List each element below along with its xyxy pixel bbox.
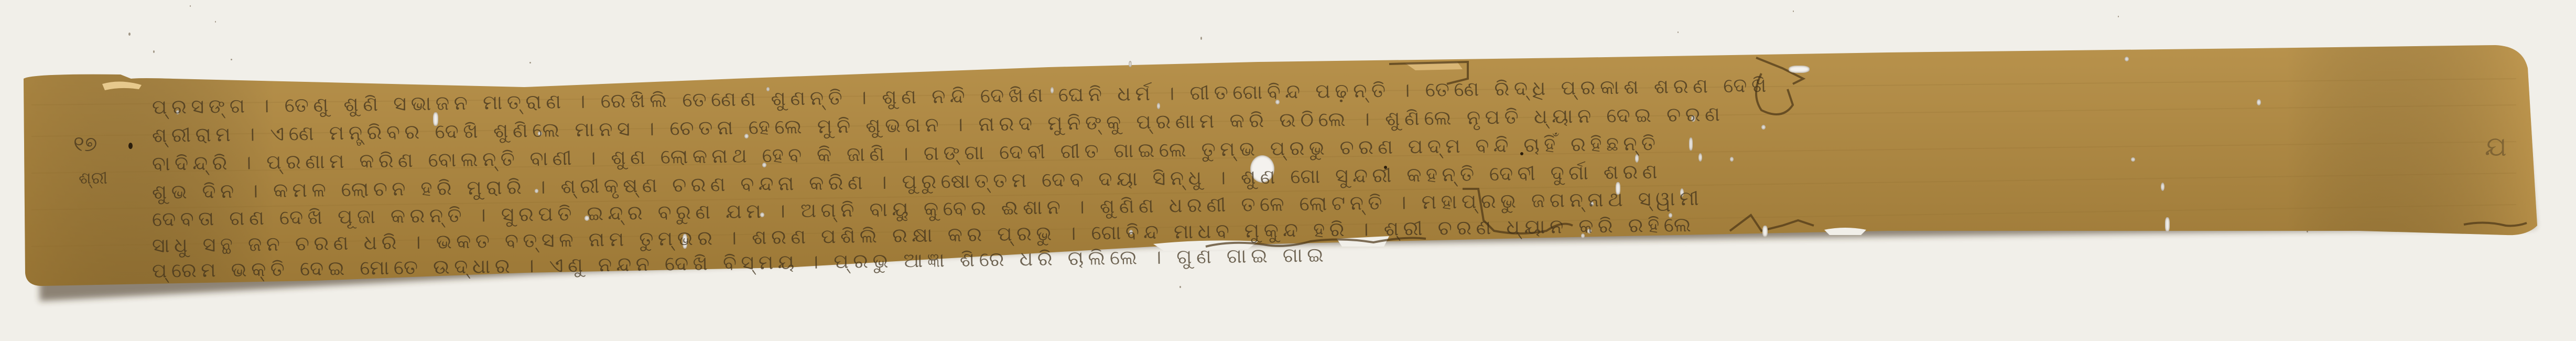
right-margin-mark: ଯ [2485,131,2507,163]
folio-number: ୧୭ [73,132,97,156]
photo-scene: ୧୭ ଶ୍ରୀ ଯ ପ୍ରସଙ୍ଗ । ତେଣୁ ଶୁଣି ସଭାଜନ ମାତ୍… [0,0,2576,341]
manuscript-text: ୧୭ ଶ୍ରୀ ଯ ପ୍ରସଙ୍ଗ । ତେଣୁ ଶୁଣି ସଭାଜନ ମାତ୍… [0,0,2576,341]
margin-symbol: ଶ୍ରୀ [79,168,107,188]
